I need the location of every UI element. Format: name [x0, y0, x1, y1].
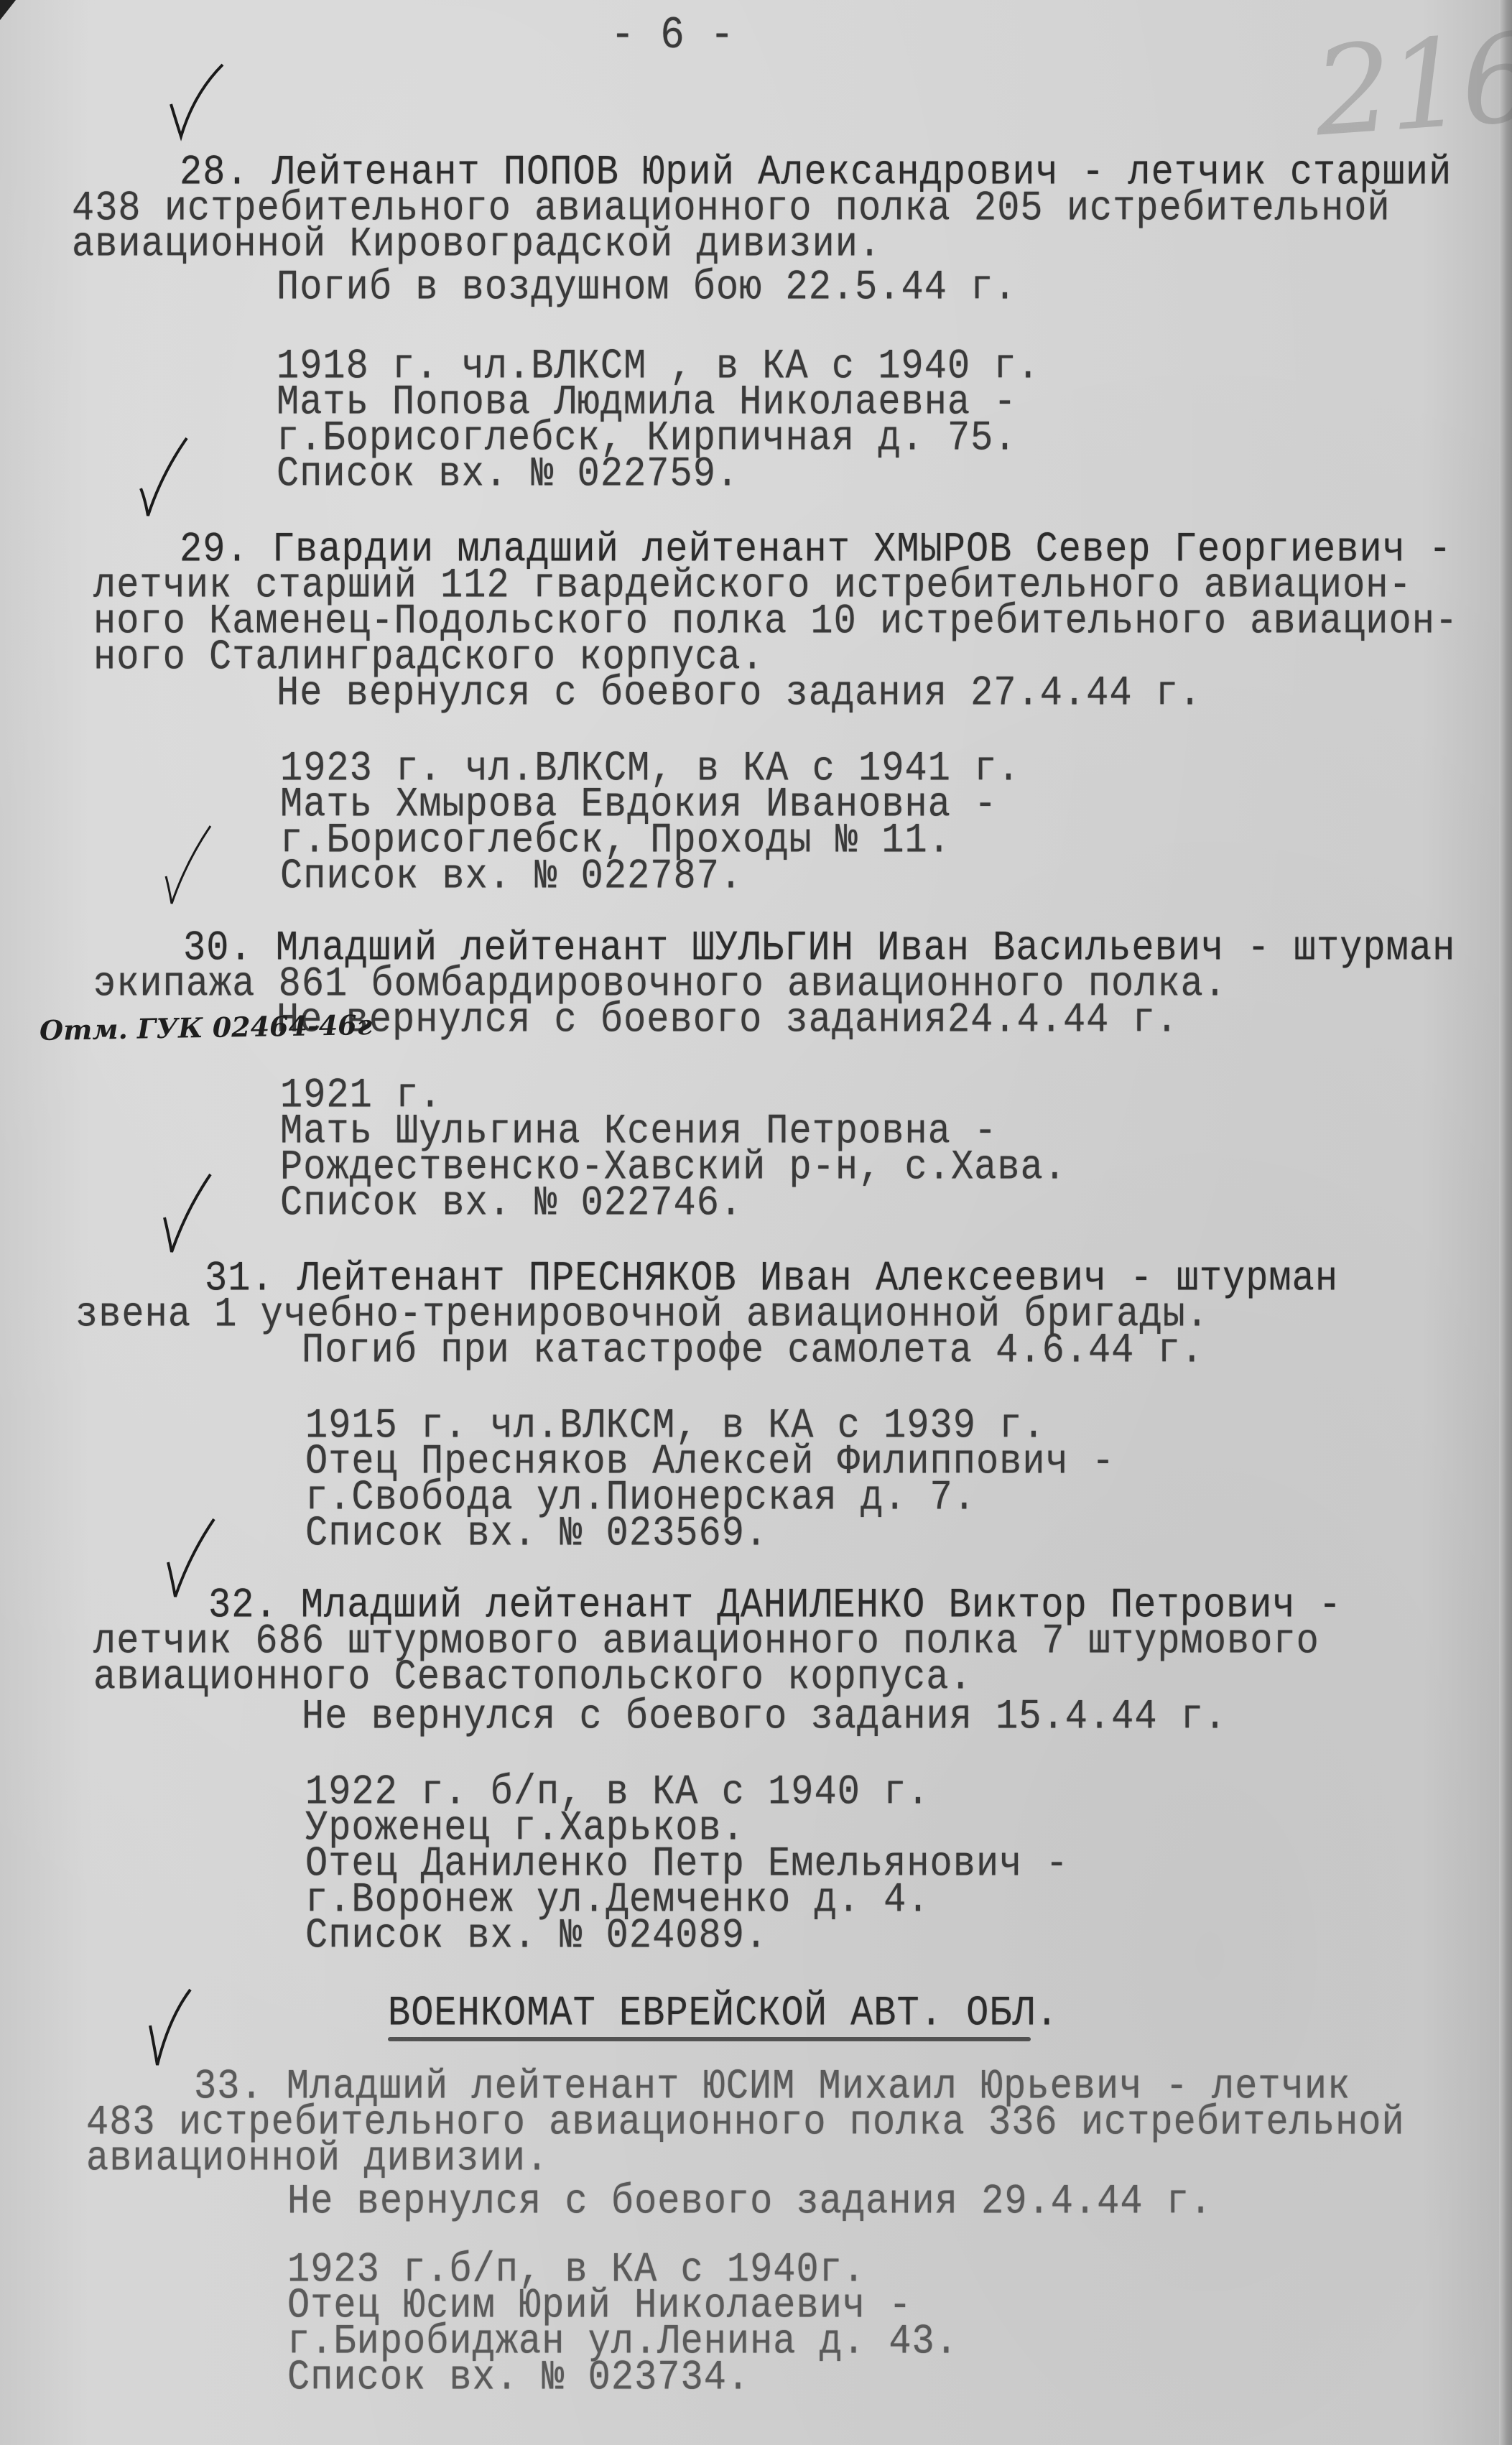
entry-28-detail-4: Список вх. № 022759. [277, 454, 739, 496]
scan-corner-shadow [0, 0, 16, 20]
entry-28-status: Погиб в воздушном бою 22.5.44 г. [277, 267, 1017, 309]
checkmark-icon [136, 438, 194, 517]
checkmark-icon [165, 65, 230, 144]
entry-32-status: Не вернулся с боевого задания 15.4.44 г. [302, 1697, 1227, 1738]
entry-30-detail-4: Список вх. № 022746. [280, 1183, 743, 1225]
entry-33-status: Не вернулся с боевого задания 29.4.44 г. [287, 2181, 1212, 2223]
section-heading: ВОЕНКОМАТ ЕВРЕЙСКОЙ АВТ. ОБЛ. [388, 1993, 1059, 2035]
entry-31-detail-4: Список вх. № 023569. [305, 1513, 768, 1555]
checkmark-icon [147, 1990, 205, 2069]
page-header: - 6 - [611, 13, 735, 58]
entry-33-detail-4: Список вх. № 023734. [287, 2357, 750, 2399]
entry-30-status: Не вернулся с боевого задания24.4.44 г. [277, 1000, 1179, 1041]
entry-32-detail-5: Список вх. № 024089. [305, 1916, 768, 1957]
entry-29-detail-4: Список вх. № 022787. [280, 856, 743, 898]
checkmark-icon [162, 1174, 219, 1253]
checkmark-icon [162, 826, 219, 905]
archival-document-page: - 6 - 216 28. Лейтенант ПОПОВ Юрий Алекс… [0, 0, 1512, 2445]
entry-32-line-3: авиационного Севастопольского корпуса. [93, 1657, 973, 1699]
section-heading-underline [388, 2037, 1031, 2041]
entry-28-line-3: авиационной Кировоградской дивизии. [72, 224, 881, 266]
handwritten-page-number: 216 [1309, 7, 1512, 164]
entry-29-status: Не вернулся с боевого задания 27.4.44 г. [277, 673, 1202, 715]
handwritten-margin-note: Отм. ГУК 02464-46г [40, 1008, 373, 1047]
entry-33-line-3: авиационной дивизии. [86, 2138, 549, 2180]
entry-31-status: Погиб при катастрофе самолета 4.6.44 г. [302, 1330, 1204, 1372]
page-edge [1499, 0, 1512, 2445]
